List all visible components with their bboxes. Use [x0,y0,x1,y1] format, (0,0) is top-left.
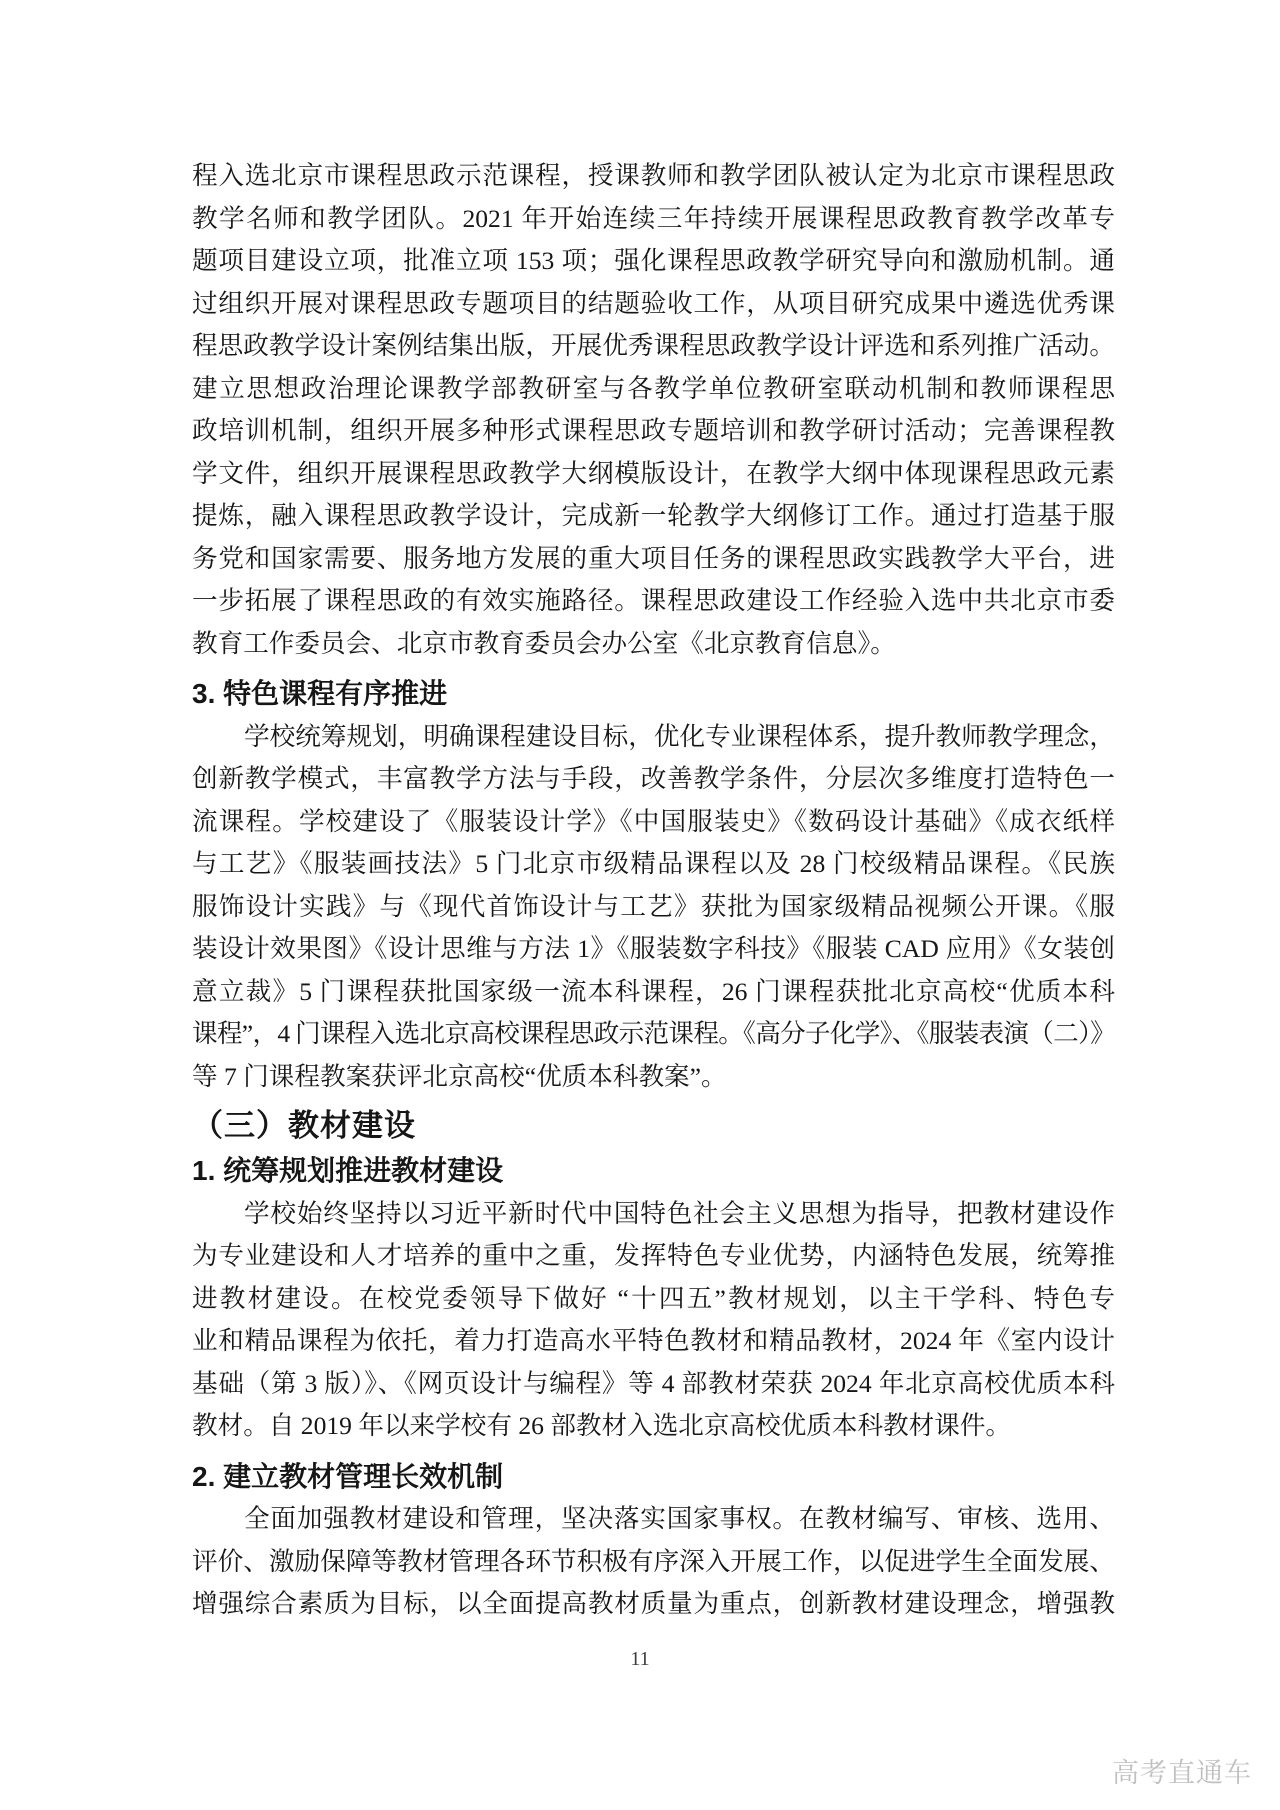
body-paragraph: 学校统筹规划，明确课程建设目标，优化专业课程体系，提升教师教学理念，创新教学模式… [192,716,1115,1099]
text-line: 程思政教学设计案例结集出版，开展优秀课程思政教学设计评选和系列推广活动。 [192,325,1115,368]
text-line: 创新教学模式，丰富教学方法与手段，改善教学条件，分层次多维度打造特色一 [192,758,1115,801]
text-line: 务党和国家需要、服务地方发展的重大项目任务的课程思政实践教学大平台，进 [192,538,1115,581]
body-paragraph: 全面加强教材建设和管理，坚决落实国家事权。在教材编写、审核、选用、评价、激励保障… [192,1498,1115,1626]
document-body: 程入选北京市课程思政示范课程，授课教师和教学团队被认定为北京市课程思政教学名师和… [192,155,1115,1626]
body-paragraph: 程入选北京市课程思政示范课程，授课教师和教学团队被认定为北京市课程思政教学名师和… [192,155,1115,665]
body-paragraph: 学校始终坚持以习近平新时代中国特色社会主义思想为指导，把教材建设作为专业建设和人… [192,1193,1115,1448]
text-line: 政培训机制，组织开展多种形式课程思政专题培训和教学研讨活动；完善课程教 [192,410,1115,453]
text-line: 全面加强教材建设和管理，坚决落实国家事权。在教材编写、审核、选用、 [192,1498,1115,1541]
text-line: 服饰设计实践》与《现代首饰设计与工艺》获批为国家级精品视频公开课。《服 [192,886,1115,929]
text-line: 课程”，4 门课程入选北京高校课程思政示范课程。《高分子化学》、《服装表演（二）… [192,1013,1115,1056]
text-line: 与工艺》《服装画技法》5 门北京市级精品课程以及 28 门校级精品课程。《民族 [192,843,1115,886]
subsection-heading: 1. 统筹规划推进教材建设 [192,1150,1115,1193]
text-line: 教材。自 2019 年以来学校有 26 部教材入选北京高校优质本科教材课件。 [192,1405,1115,1448]
text-line: 题项目建设立项，批准立项 153 项；强化课程思政教学研究导向和激励机制。通 [192,240,1115,283]
text-line: 进教材建设。在校党委领导下做好 “十四五”教材规划，以主干学科、特色专 [192,1278,1115,1321]
text-line: 过组织开展对课程思政专题项目的结题验收工作，从项目研究成果中遴选优秀课 [192,283,1115,326]
text-line: 学文件，组织开展课程思政教学大纲模版设计，在教学大纲中体现课程思政元素 [192,453,1115,496]
text-line: 等 7 门课程教案获评北京高校“优质本科教案”。 [192,1056,1115,1099]
text-line: 学校统筹规划，明确课程建设目标，优化专业课程体系，提升教师教学理念， [192,716,1115,759]
text-line: 流课程。学校建设了《服装设计学》《中国服装史》《数码设计基础》《成衣纸样 [192,801,1115,844]
text-line: 程入选北京市课程思政示范课程，授课教师和教学团队被认定为北京市课程思政 [192,155,1115,198]
text-line: 评价、激励保障等教材管理各环节积极有序深入开展工作，以促进学生全面发展、 [192,1541,1115,1584]
text-line: 基础（第 3 版）》、《网页设计与编程》等 4 部教材荣获 2024 年北京高校… [192,1363,1115,1406]
text-line: 意立裁》5 门课程获批国家级一流本科课程，26 门课程获批北京高校“优质本科 [192,971,1115,1014]
text-line: 教育工作委员会、北京市教育委员会办公室《北京教育信息》。 [192,623,1115,666]
subsection-heading: 3. 特色课程有序推进 [192,673,1115,716]
text-line: 建立思想政治理论课教学部教研室与各教学单位教研室联动机制和教师课程思 [192,368,1115,411]
watermark-text: 高考直通车 [1112,1751,1252,1790]
text-line: 业和精品课程为依托，着力打造高水平特色教材和精品教材，2024 年《室内设计 [192,1320,1115,1363]
text-line: 学校始终坚持以习近平新时代中国特色社会主义思想为指导，把教材建设作 [192,1193,1115,1236]
page-number: 11 [0,1648,1280,1671]
section-heading: （三）教材建设 [192,1102,1115,1150]
text-line: 一步拓展了课程思政的有效实施路径。课程思政建设工作经验入选中共北京市委 [192,580,1115,623]
text-line: 装设计效果图》《设计思维与方法 1》《服装数字科技》《服装 CAD 应用》《女装… [192,928,1115,971]
subsection-heading: 2. 建立教材管理长效机制 [192,1456,1115,1499]
document-page: 程入选北京市课程思政示范课程，授课教师和教学团队被认定为北京市课程思政教学名师和… [0,0,1280,1810]
text-line: 提炼，融入课程思政教学设计，完成新一轮教学大纲修订工作。通过打造基于服 [192,495,1115,538]
text-line: 增强综合素质为目标，以全面提高教材质量为重点，创新教材建设理念，增强教 [192,1583,1115,1626]
text-line: 为专业建设和人才培养的重中之重，发挥特色专业优势，内涵特色发展，统筹推 [192,1235,1115,1278]
text-line: 教学名师和教学团队。2021 年开始连续三年持续开展课程思政教育教学改革专 [192,198,1115,241]
